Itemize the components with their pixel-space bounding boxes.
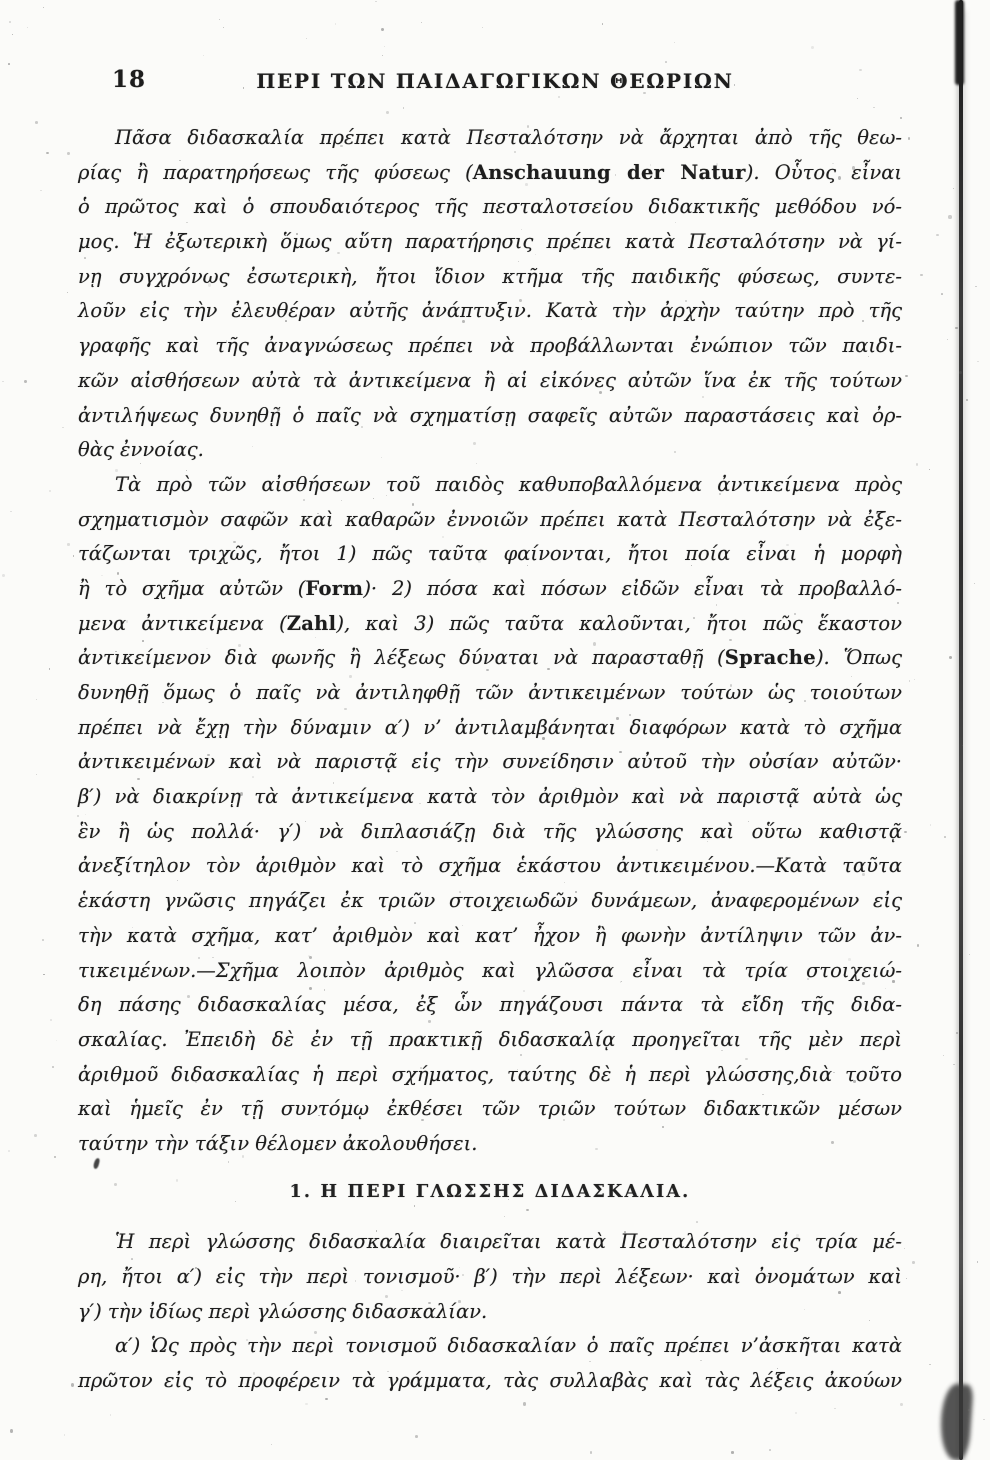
scan-noise-speck: [110, 1414, 111, 1416]
scan-noise-speck: [966, 399, 968, 401]
text-line: Πᾶσα διδασκαλία πρέπει κατὰ Πεσταλότσην …: [78, 121, 902, 156]
text-line: Ἡ περὶ γλώσσης διδασκαλία διαιρεῖται κατ…: [78, 1225, 902, 1260]
scan-noise-speck: [949, 656, 952, 659]
body-text: Πᾶσα διδασκαλία πρέπει κατὰ Πεσταλότσην …: [78, 121, 902, 1399]
scan-noise-speck: [52, 1066, 54, 1068]
text-line: α′) Ὡς πρὸς τὴν περὶ τονισμοῦ διδασκαλία…: [78, 1329, 902, 1364]
text-line: μος. Ἡ ἐξωτερικὴ ὅμως αὕτη παρατήρησις π…: [78, 225, 902, 260]
text-line: ἀριθμοῦ διδασκαλίας ἡ περὶ σχήματος, ταύ…: [78, 1058, 902, 1093]
scan-noise-speck: [916, 463, 919, 466]
text-line: τάζωνται τριχῶς, ἤτοι 1) πῶς ταῦτα φαίνο…: [78, 537, 902, 572]
scan-noise-speck: [421, 22, 422, 23]
scan-noise-speck: [49, 490, 51, 492]
scan-noise-speck: [49, 668, 50, 670]
scan-noise-speck: [857, 98, 858, 99]
text-line: πρέπει νὰ ἔχῃ τὴν δύναμιν α′) ν’ ἀντιλαμ…: [78, 711, 902, 746]
scan-noise-speck: [873, 107, 874, 108]
scan-noise-speck: [12, 34, 13, 36]
scan-noise-speck: [73, 555, 75, 557]
text-line: ρίας ἢ παρατηρήσεως τῆς φύσεως (Anschauu…: [78, 156, 902, 191]
text-line: ἢ τὸ σχῆμα αὐτῶν (Form)· 2) πόσα καὶ πόσ…: [78, 572, 902, 607]
section-heading: 1. Η ΠΕΡΙ ΓΛΩΣΣΗΣ ΔΙΔΑΣΚΑΛΙΑ.: [78, 1175, 902, 1210]
text-line: νῃ συγχρόνως ἐσωτερικὴ, ἤτοι ἴδιον κτῆμα…: [78, 260, 902, 295]
page: 18 ΠΕΡΙ ΤΩΝ ΠΑΙΔΑΓΩΓΙΚΩΝ ΘΕΩΡΙΩΝ Πᾶσα δι…: [0, 0, 990, 1460]
text-line: β′) νὰ διακρίνῃ τὰ ἀντικείμενα κατὰ τὸν …: [78, 780, 902, 815]
scan-noise-speck: [906, 1278, 907, 1279]
scan-noise-speck: [271, 1444, 272, 1445]
scan-noise-speck: [929, 469, 930, 470]
text-line: σχηματισμὸν σαφῶν καὶ καθαρῶν ἐννοιῶν πρ…: [78, 503, 902, 538]
scan-noise-speck: [731, 1451, 734, 1453]
scan-noise-speck: [929, 1364, 931, 1366]
scan-noise-speck: [24, 380, 27, 383]
scan-noise-speck: [219, 19, 220, 20]
scan-noise-speck: [415, 1435, 418, 1438]
scan-noise-speck: [67, 292, 68, 293]
scan-noise-speck: [523, 1402, 526, 1405]
scan-noise-speck: [908, 137, 911, 140]
scan-noise-speck: [2, 574, 5, 577]
text-line: σκαλίας. Ἐπειδὴ δὲ ἐν τῇ πρακτικῇ διδασκ…: [78, 1023, 902, 1058]
paragraph-3: Ἡ περὶ γλώσσης διδασκαλία διαιρεῖται κατ…: [78, 1225, 902, 1329]
scan-noise-speck: [43, 7, 44, 8]
text-line: ἓν ἢ ὡς πολλά· γ′) νὰ διπλασιάζῃ διὰ τῆς…: [78, 815, 902, 850]
scan-noise-speck: [936, 234, 939, 236]
scan-noise-speck: [590, 1451, 593, 1453]
scan-noise-speck: [56, 1040, 57, 1041]
scan-noise-speck: [67, 152, 70, 155]
running-title: ΠΕΡΙ ΤΩΝ ΠΑΙΔΑΓΩΓΙΚΩΝ ΘΕΩΡΙΩΝ: [83, 69, 907, 93]
text-line: γ′) τὴν ἰδίως περὶ γλώσσης διδασκαλίαν.: [78, 1295, 902, 1330]
scan-noise-speck: [917, 944, 920, 947]
scan-noise-speck: [930, 824, 931, 826]
scan-noise-speck: [54, 1156, 56, 1158]
scan-noise-speck: [953, 188, 954, 189]
scan-noise-speck: [40, 190, 42, 191]
scan-noise-speck: [811, 46, 814, 49]
text-line: θὰς ἐννοίας.: [78, 433, 902, 468]
text-line: τικειμένων.—Σχῆμα λοιπὸν ἀριθμὸς καὶ γλῶ…: [78, 954, 902, 989]
bottom-right-smudge: [938, 1383, 973, 1460]
scan-noise-speck: [941, 293, 944, 295]
scan-noise-speck: [306, 38, 307, 39]
binding-edge-line: [959, 0, 963, 1460]
scan-noise-speck: [953, 1064, 955, 1066]
scan-noise-speck: [769, 1449, 771, 1451]
scan-noise-speck: [909, 680, 911, 682]
text-line: ἀντικείμενον διὰ φωνῆς ἢ λέξεως δύναται …: [78, 641, 902, 676]
scan-noise-speck: [944, 836, 946, 838]
scan-noise-speck: [34, 1134, 36, 1137]
scan-noise-speck: [956, 1032, 958, 1034]
scan-noise-speck: [9, 21, 11, 22]
paragraph-4: α′) Ὡς πρὸς τὴν περὶ τονισμοῦ διδασκαλία…: [78, 1329, 902, 1398]
scan-noise-speck: [305, 1403, 307, 1406]
scan-noise-speck: [46, 152, 49, 154]
scan-noise-speck: [8, 1150, 10, 1152]
scan-noise-speck: [62, 427, 64, 429]
scan-noise-speck: [43, 974, 44, 975]
scan-noise-speck: [558, 96, 560, 98]
scan-noise-speck: [983, 1419, 985, 1421]
scan-noise-speck: [375, 1, 377, 2]
paragraph-2: Τὰ πρὸ τῶν αἰσθήσεων τοῦ παιδὸς καθυποβα…: [78, 468, 902, 1162]
scan-noise-speck: [665, 61, 666, 63]
scan-noise-speck: [602, 23, 604, 24]
scan-noise-speck: [8, 63, 10, 65]
scan-noise-speck: [36, 699, 37, 700]
text-line: κῶν αἰσθήσεων αὐτὰ τὰ ἀντικείμενα ἢ αἱ ε…: [78, 364, 902, 399]
scan-noise-speck: [943, 1055, 944, 1056]
text-line: δη πάσης διδασκαλίας μέσα, ἐξ ὧν πηγάζου…: [78, 988, 902, 1023]
scan-noise-speck: [904, 1248, 905, 1250]
scan-noise-speck: [904, 831, 907, 833]
scan-noise-speck: [27, 27, 28, 28]
scan-noise-speck: [2, 381, 4, 382]
scan-noise-speck: [35, 121, 38, 124]
text-line: δυνηθῇ ὅμως ὁ παῖς νὰ ἀντιληφθῇ τῶν ἀντι…: [78, 676, 902, 711]
scan-noise-speck: [71, 1383, 74, 1387]
scan-noise-speck: [381, 28, 384, 31]
scan-noise-speck: [50, 1019, 51, 1021]
scan-noise-speck: [914, 679, 915, 680]
scan-noise-speck: [947, 339, 948, 340]
scan-noise-speck: [900, 1403, 903, 1406]
text-line: ὁ πρῶτος καὶ ὁ σπουδαιότερος τῆς πεσταλο…: [78, 190, 902, 225]
scan-noise-speck: [834, 1408, 836, 1409]
text-line: μενα ἀντικείμενα (Zahl), καὶ 3) πῶς ταῦτ…: [78, 607, 902, 642]
scan-noise-speck: [900, 117, 902, 120]
text-line: ἀντικειμένων καὶ νὰ παριστᾷ εἰς τὴν συνε…: [78, 745, 902, 780]
scan-noise-speck: [67, 543, 70, 545]
text-line: καὶ ἡμεῖς ἐν τῇ συντόμῳ ἐκθέσει τῶν τριῶ…: [78, 1092, 902, 1127]
scan-noise-speck: [969, 954, 970, 955]
scan-noise-speck: [912, 1261, 914, 1263]
scan-noise-speck: [384, 46, 385, 47]
scan-noise-speck: [905, 375, 908, 378]
scan-noise-speck: [223, 27, 224, 28]
scan-noise-speck: [977, 1261, 979, 1263]
scan-noise-speck: [382, 55, 383, 56]
scan-noise-speck: [795, 1412, 798, 1415]
scan-noise-speck: [386, 111, 389, 114]
text-line: ταύτην τὴν τάξιν θέλομεν ἀκολουθήσει.: [78, 1127, 902, 1162]
scan-noise-speck: [10, 511, 12, 513]
paragraph-1: Πᾶσα διδασκαλία πρέπει κατὰ Πεσταλότσην …: [78, 121, 902, 468]
text-line: λοῦν εἰς τὴν ἐλευθέραν αὐτῆς ἀνάπτυξιν. …: [78, 294, 902, 329]
scan-noise-speck: [975, 286, 977, 288]
scan-noise-speck: [42, 939, 44, 941]
scan-noise-speck: [955, 327, 958, 330]
scan-noise-speck: [948, 215, 951, 219]
scan-noise-speck: [10, 1429, 13, 1433]
scan-noise-speck: [920, 274, 923, 277]
text-line: τὴν κατὰ σχῆμα, κατ’ ἀριθμὸν καὶ κατ’ ἦχ…: [78, 919, 902, 954]
text-line: ἀνεξίτηλον τὸν ἀριθμὸν καὶ τὸ σχῆμα ἑκάσ…: [78, 849, 902, 884]
scan-noise-speck: [482, 27, 483, 28]
text-line: Τὰ πρὸ τῶν αἰσθήσεων τοῦ παιδὸς καθυποβα…: [78, 468, 902, 503]
text-line: ρη, ἤτοι α′) εἰς τὴν περὶ τονισμοῦ· β′) …: [78, 1260, 902, 1295]
scan-noise-speck: [203, 55, 204, 56]
text-line: ἑκάστη γνῶσις πηγάζει ἐκ τριῶν στοιχειωδ…: [78, 884, 902, 919]
scan-noise-speck: [335, 23, 337, 24]
scan-noise-speck: [403, 107, 404, 108]
scan-noise-speck: [64, 1434, 65, 1435]
scan-noise-speck: [36, 774, 37, 775]
text-line: γραφῆς καὶ τῆς ἀναγνώσεως πρέπει νὰ προβ…: [78, 329, 902, 364]
text-line: ἀντιλήψεως δυνηθῇ ὁ παῖς νὰ σχηματίσῃ σα…: [78, 399, 902, 434]
scan-noise-speck: [974, 583, 975, 585]
scan-noise-speck: [977, 361, 979, 363]
scan-noise-speck: [674, 42, 675, 43]
text-line: πρῶτον εἰς τὸ προφέρειν τὰ γράμματα, τὰς…: [78, 1364, 902, 1399]
